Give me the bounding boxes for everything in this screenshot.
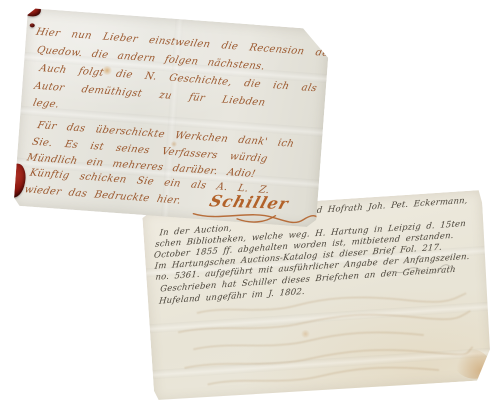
foxing-stain bbox=[453, 348, 491, 380]
front-letter: Hier nun Lieber einstweilen die Recensio… bbox=[13, 8, 330, 228]
wax-seal-remnant bbox=[23, 3, 41, 17]
manuscript-photograph: — und Hofrath Joh. Pet. Eckermann, In de… bbox=[0, 0, 492, 412]
handwriting-line: — und Hofrath Joh. Pet. Eckermann, bbox=[291, 196, 468, 218]
ink-showthrough bbox=[166, 287, 476, 395]
foxing-stain bbox=[300, 330, 311, 339]
fold-crease bbox=[150, 302, 490, 334]
fold-crease bbox=[153, 348, 492, 380]
handwriting-line: lege. bbox=[32, 98, 61, 111]
signature: Schiller bbox=[207, 191, 291, 213]
back-letter: — und Hofrath Joh. Pet. Eckermann, In de… bbox=[142, 190, 492, 402]
wax-seal-fragment bbox=[30, 23, 35, 27]
